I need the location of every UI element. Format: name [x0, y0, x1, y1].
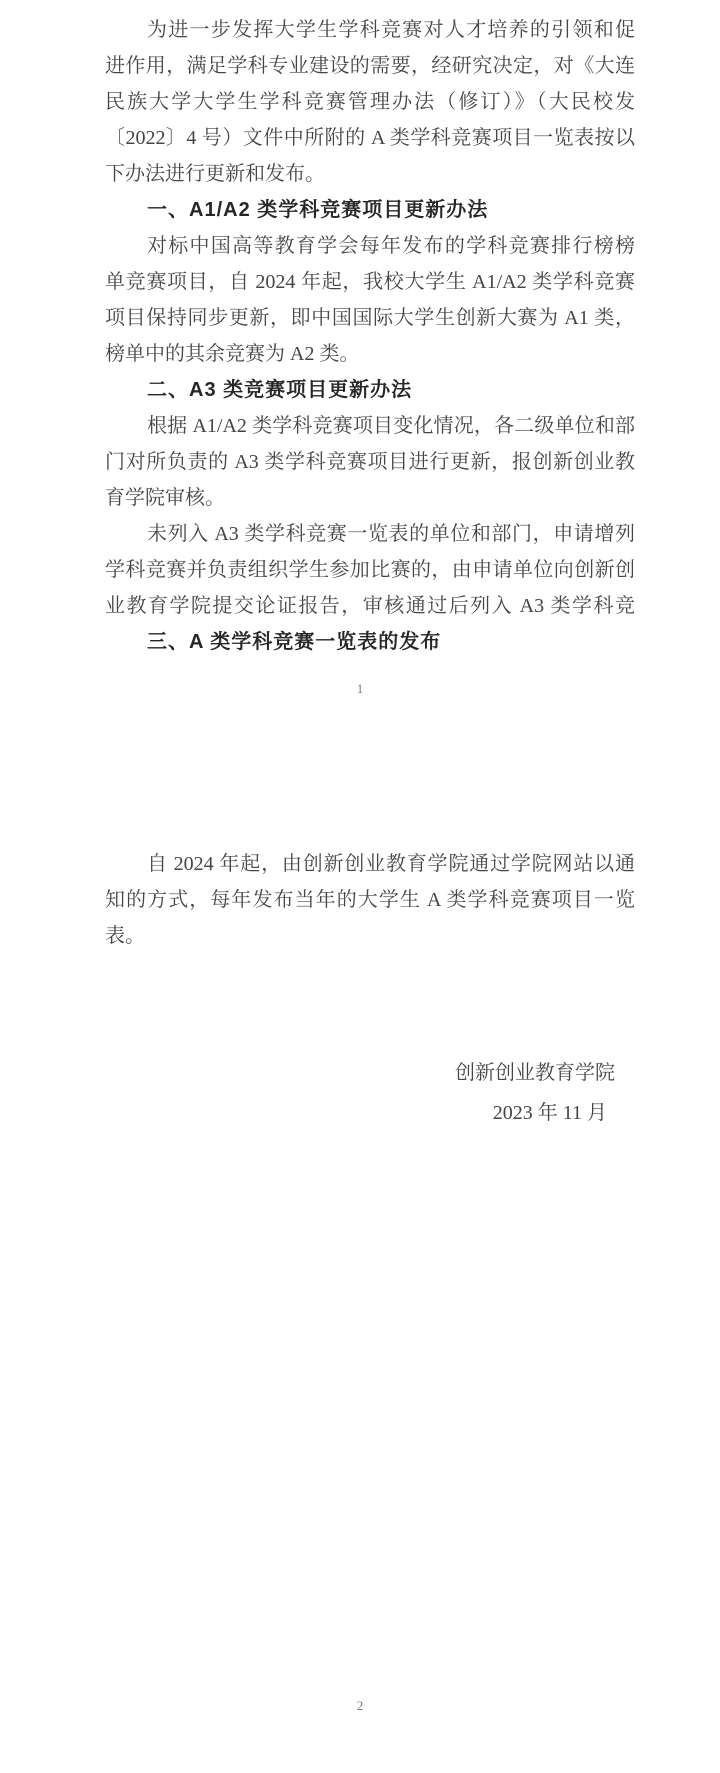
paragraph-publish: 自 2024 年起，由创新创业教育学院通过学院网站以通知的方式，每年发布当年的大…: [105, 846, 635, 954]
text-line: 〔2022〕4 号）文件中所附的 A 类学科竞赛项目一览表按以: [105, 120, 635, 156]
text-line: 民族大学大学生学科竞赛管理办法（修订）》（大民校发: [105, 84, 635, 120]
paragraph-a3-apply: 未列入 A3 类学科竞赛一览表的单位和部门，申请增列学科竞赛并负责组织学生参加比…: [105, 516, 635, 624]
text-line: 进作用，满足学科专业建设的需要，经研究决定，对《大连: [105, 48, 635, 84]
text-line: 项目保持同步更新，即中国国际大学生创新大赛为 A1 类，: [105, 300, 635, 336]
text-line: 自 2024 年起，由创新创业教育学院通过学院网站以通: [105, 846, 635, 882]
text-line: 业教育学院提交论证报告，审核通过后列入 A3 类学科竞赛。: [105, 588, 635, 624]
text-line: 知的方式，每年发布当年的大学生 A 类学科竞赛项目一览: [105, 882, 635, 918]
signature-department: 创新创业教育学院: [455, 1058, 615, 1088]
text-line: 表。: [105, 918, 635, 954]
text-line: 门对所负责的 A3 类学科竞赛项目进行更新，报创新创业教: [105, 444, 635, 480]
heading-section-3: 三、A 类学科竞赛一览表的发布: [105, 624, 677, 660]
heading-section-1: 一、A1/A2 类学科竞赛项目更新办法: [105, 192, 677, 228]
text-line: 为进一步发挥大学生学科竞赛对人才培养的引领和促: [105, 12, 635, 48]
paragraph-a1a2-update: 对标中国高等教育学会每年发布的学科竞赛排行榜榜单竞赛项目，自 2024 年起，我…: [105, 228, 635, 372]
text-line: 育学院审核。: [105, 480, 635, 516]
text-line: 根据 A1/A2 类学科竞赛项目变化情况，各二级单位和部: [105, 408, 635, 444]
text-line: 对标中国高等教育学会每年发布的学科竞赛排行榜榜: [105, 228, 635, 264]
document-canvas: 为进一步发挥大学生学科竞赛对人才培养的引领和促进作用，满足学科专业建设的需要，经…: [0, 0, 720, 1773]
text-line: 单竞赛项目，自 2024 年起，我校大学生 A1/A2 类学科竞赛: [105, 264, 635, 300]
page-1-number: 1: [0, 680, 720, 698]
text-line: 下办法进行更新和发布。: [105, 156, 635, 192]
text-line: 榜单中的其余竞赛为 A2 类。: [105, 336, 635, 372]
text-line: 学科竞赛并负责组织学生参加比赛的，由申请单位向创新创: [105, 552, 635, 588]
signature-date: 2023 年 11 月: [493, 1098, 607, 1128]
paragraph-a3-update: 根据 A1/A2 类学科竞赛项目变化情况，各二级单位和部门对所负责的 A3 类学…: [105, 408, 635, 516]
text-line: 未列入 A3 类学科竞赛一览表的单位和部门，申请增列: [105, 516, 635, 552]
paragraph-intro: 为进一步发挥大学生学科竞赛对人才培养的引领和促进作用，满足学科专业建设的需要，经…: [105, 12, 635, 192]
page-2-number: 2: [0, 1697, 720, 1715]
heading-section-2: 二、A3 类竞赛项目更新办法: [105, 372, 677, 408]
